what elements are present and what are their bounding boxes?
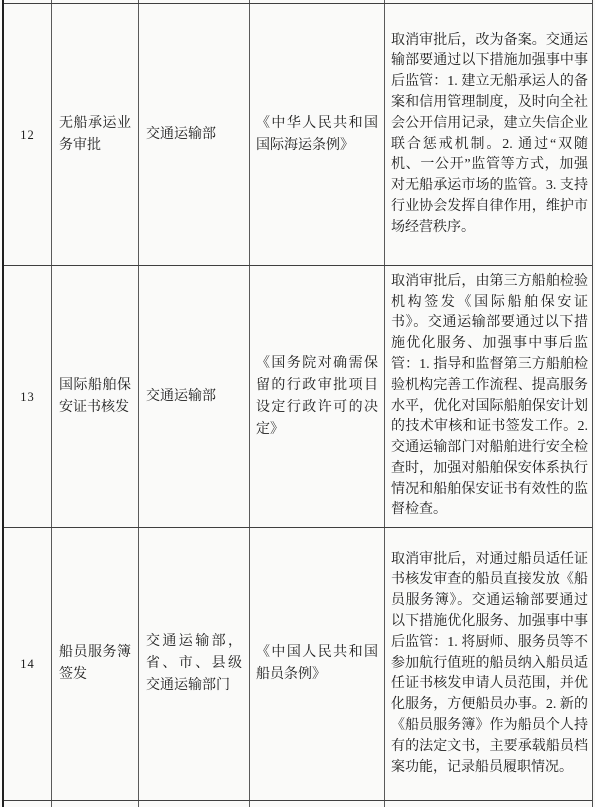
cell-department: 交通运输部，省、市、县级交通运输部门 <box>139 528 250 800</box>
cell-basis-stub <box>250 801 385 807</box>
table-row: 14 船员服务簿签发 交通运输部，省、市、县级交通运输部门 《中国人民共和国船员… <box>4 528 592 801</box>
cell-measures-stub <box>385 801 593 807</box>
cell-item: 国际船舶保安证书核发 <box>52 266 139 527</box>
cell-item: 船员服务簿签发 <box>52 528 139 800</box>
serial-number: 12 <box>4 124 51 146</box>
item-name: 国际船舶保安证书核发 <box>59 375 131 419</box>
cell-measures: 取消审批后，由第三方船舶检验机构签发《国际船舶保安证书》。交通运输部要通过以下措… <box>385 266 593 527</box>
serial-number: 13 <box>4 386 51 408</box>
legal-basis: 《中国人民共和国船员条例》 <box>256 642 378 686</box>
cell-serial-stub <box>4 0 52 3</box>
department-name: 交通运输部 <box>146 124 242 146</box>
item-name: 无船承运业务审批 <box>59 113 131 157</box>
cell-basis: 《国务院对确需保留的行政审批项目设定行政许可的决定》 <box>250 266 385 527</box>
cell-item-stub <box>52 801 139 807</box>
measures-text: 取消审批后，改为备案。交通运输部要通过以下措施加强事中事后监管：1. 建立无船承… <box>391 31 588 239</box>
cell-basis-stub <box>250 0 385 3</box>
legal-basis: 《中华人民共和国国际海运条例》 <box>256 113 378 157</box>
cell-measures: 取消审批后，改为备案。交通运输部要通过以下措施加强事中事后监管：1. 建立无船承… <box>385 4 593 265</box>
cell-measures: 取消审批后，对通过船员适任证书核发审查的船员直接发放《船员服务簿》。交通运输部要… <box>385 528 593 800</box>
cell-basis: 《中国人民共和国船员条例》 <box>250 528 385 800</box>
cell-serial: 13 <box>4 266 52 527</box>
cell-basis: 《中华人民共和国国际海运条例》 <box>250 4 385 265</box>
cell-item: 无船承运业务审批 <box>52 4 139 265</box>
approval-items-table: 12 无船承运业务审批 交通运输部 《中华人民共和国国际海运条例》 取消审批后，… <box>2 0 593 807</box>
document-page: 12 无船承运业务审批 交通运输部 《中华人民共和国国际海运条例》 取消审批后，… <box>0 0 595 807</box>
cell-department: 交通运输部 <box>139 266 250 527</box>
cell-department: 交通运输部 <box>139 4 250 265</box>
cell-serial-stub <box>4 801 52 807</box>
department-name: 交通运输部，省、市、县级交通运输部门 <box>146 631 242 697</box>
cell-serial: 12 <box>4 4 52 265</box>
table-row-stub-bottom <box>4 801 592 807</box>
measures-text: 取消审批后，对通过船员适任证书核发审查的船员直接发放《船员服务簿》。交通运输部要… <box>391 550 588 779</box>
cell-serial: 14 <box>4 528 52 800</box>
cell-item-stub <box>52 0 139 3</box>
cell-measures-stub <box>385 0 593 3</box>
item-name: 船员服务簿签发 <box>59 642 131 686</box>
department-name: 交通运输部 <box>146 386 242 408</box>
serial-number: 14 <box>4 653 51 675</box>
legal-basis: 《国务院对确需保留的行政审批项目设定行政许可的决定》 <box>256 353 378 441</box>
table-row: 13 国际船舶保安证书核发 交通运输部 《国务院对确需保留的行政审批项目设定行政… <box>4 266 592 528</box>
cell-department-stub <box>139 0 250 3</box>
table-row: 12 无船承运业务审批 交通运输部 《中华人民共和国国际海运条例》 取消审批后，… <box>4 4 592 266</box>
measures-text: 取消审批后，由第三方船舶检验机构签发《国际船舶保安证书》。交通运输部要通过以下措… <box>391 272 588 522</box>
cell-department-stub <box>139 801 250 807</box>
